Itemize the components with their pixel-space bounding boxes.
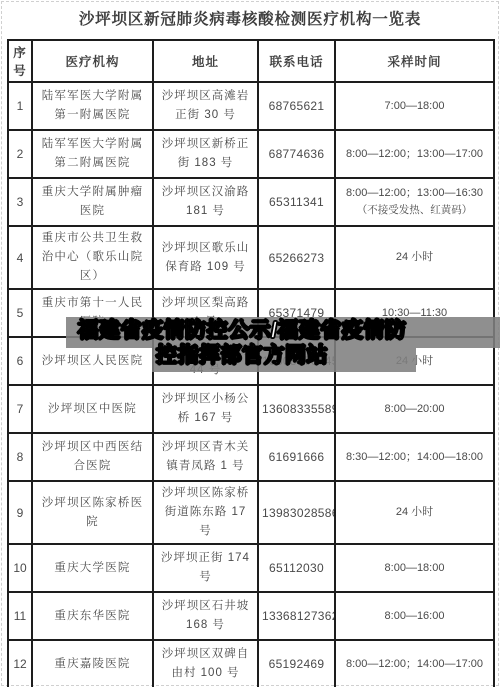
time-cell: 8:00—12:00；13:00—16:30（不接受发热、红黄码） <box>335 178 494 226</box>
page-title: 沙坪坝区新冠肺炎病毒核酸检测医疗机构一览表 <box>0 7 500 29</box>
sampling-time: 24 小时 <box>339 249 490 266</box>
time-cell: 8:00—20:00 <box>335 385 494 433</box>
sampling-time: 8:00—12:00；13:00—16:30 <box>339 185 490 202</box>
address-cell: 沙坪坝区高滩岩正街 30 号 <box>153 82 258 130</box>
address-cell: 沙坪坝区新桥正街 183 号 <box>153 130 258 178</box>
row-number-cell: 11 <box>8 592 32 640</box>
phone-cell: 13368127362 <box>258 592 335 640</box>
org-cell: 沙坪坝区中西医结合医院 <box>32 433 153 481</box>
table-row: 10重庆大学医院沙坪坝正街 174 号651120308:00—18:00 <box>8 544 494 592</box>
time-cell: 7:00—18:00 <box>335 82 494 130</box>
table-row: 11重庆东华医院沙坪坝区石井坡 168 号133681273628:00—16:… <box>8 592 494 640</box>
row-number-cell: 7 <box>8 385 32 433</box>
phone-cell: 13608335589 <box>258 385 335 433</box>
sampling-time: 8:00—12:00；14:00—17:00 <box>339 656 490 673</box>
phone-cell: 65112030 <box>258 544 335 592</box>
row-number-cell: 3 <box>8 178 32 226</box>
table-row: 2陆军军医大学附属第二附属医院沙坪坝区新桥正街 183 号687746368:0… <box>8 130 494 178</box>
time-cell: 8:00—12:00；13:00—17:00 <box>335 130 494 178</box>
col-header-index: 序号 <box>8 40 32 82</box>
sampling-time: 8:00—18:00 <box>339 560 490 577</box>
address-cell: 沙坪坝正街 174 号 <box>153 544 258 592</box>
row-number-cell: 2 <box>8 130 32 178</box>
table-row: 12重庆嘉陵医院沙坪坝区双碑自由村 100 号651924698:00—12:0… <box>8 640 494 687</box>
sampling-time-note: （不接受发热、红黄码） <box>339 202 490 219</box>
sampling-time: 7:00—18:00 <box>339 98 490 115</box>
table-row: 7沙坪坝区中医院沙坪坝区小杨公桥 167 号136083355898:00—20… <box>8 385 494 433</box>
address-cell: 沙坪坝区小杨公桥 167 号 <box>153 385 258 433</box>
time-cell: 24 小时 <box>335 481 494 544</box>
col-header-time: 采样时间 <box>335 40 494 82</box>
time-cell: 8:00—18:00 <box>335 544 494 592</box>
col-header-org: 医疗机构 <box>32 40 153 82</box>
address-cell: 沙坪坝区青木关镇青凤路 1 号 <box>153 433 258 481</box>
table-header: 序号 医疗机构 地址 联系电话 采样时间 <box>8 40 494 82</box>
address-cell: 沙坪坝区歌乐山保育路 109 号 <box>153 226 258 289</box>
row-number-cell: 10 <box>8 544 32 592</box>
org-cell: 陆军军医大学附属第一附属医院 <box>32 82 153 130</box>
phone-cell: 68774636 <box>258 130 335 178</box>
org-cell: 重庆大学医院 <box>32 544 153 592</box>
watermark-text: 福建省疫情防控公示/福建省疫情防 控指挥部官方网站 <box>0 318 484 368</box>
row-number-cell: 8 <box>8 433 32 481</box>
phone-cell: 65311341 <box>258 178 335 226</box>
time-cell: 8:00—16:00 <box>335 592 494 640</box>
org-cell: 陆军军医大学附属第二附属医院 <box>32 130 153 178</box>
address-cell: 沙坪坝区陈家桥街道陈东路 17 号 <box>153 481 258 544</box>
phone-cell: 13983028586 <box>258 481 335 544</box>
org-cell: 沙坪坝区陈家桥医院 <box>32 481 153 544</box>
time-cell: 8:30—12:00；14:00—18:00 <box>335 433 494 481</box>
sampling-time: 8:00—16:00 <box>339 608 490 625</box>
org-cell: 沙坪坝区中医院 <box>32 385 153 433</box>
phone-cell: 65192469 <box>258 640 335 687</box>
sampling-time: 8:00—12:00；13:00—17:00 <box>339 146 490 163</box>
watermark-line-1: 福建省疫情防控公示/福建省疫情防 <box>0 318 484 343</box>
time-cell: 8:00—12:00；14:00—17:00 <box>335 640 494 687</box>
org-cell: 重庆嘉陵医院 <box>32 640 153 687</box>
phone-cell: 61691666 <box>258 433 335 481</box>
watermark-line-2: 控指挥部官方网站 <box>0 343 484 368</box>
table-row: 3重庆大学附属肿瘤医院沙坪坝区汉渝路 181 号653113418:00—12:… <box>8 178 494 226</box>
table-row: 8沙坪坝区中西医结合医院沙坪坝区青木关镇青凤路 1 号616916668:30—… <box>8 433 494 481</box>
org-cell: 重庆东华医院 <box>32 592 153 640</box>
table-row: 1陆军军医大学附属第一附属医院沙坪坝区高滩岩正街 30 号687656217:0… <box>8 82 494 130</box>
table-body: 1陆军军医大学附属第一附属医院沙坪坝区高滩岩正街 30 号687656217:0… <box>8 82 494 687</box>
sampling-time: 24 小时 <box>339 504 490 521</box>
document-page: 沙坪坝区新冠肺炎病毒核酸检测医疗机构一览表 序号 医疗机构 地址 联系电话 采样… <box>0 0 500 687</box>
table-row: 4重庆市公共卫生救治中心（歌乐山院区）沙坪坝区歌乐山保育路 109 号65266… <box>8 226 494 289</box>
sampling-time: 8:00—20:00 <box>339 401 490 418</box>
org-cell: 重庆大学附属肿瘤医院 <box>32 178 153 226</box>
address-cell: 沙坪坝区石井坡 168 号 <box>153 592 258 640</box>
table-row: 9沙坪坝区陈家桥医院沙坪坝区陈家桥街道陈东路 17 号1398302858624… <box>8 481 494 544</box>
address-cell: 沙坪坝区汉渝路 181 号 <box>153 178 258 226</box>
row-number-cell: 1 <box>8 82 32 130</box>
row-number-cell: 9 <box>8 481 32 544</box>
org-cell: 重庆市公共卫生救治中心（歌乐山院区） <box>32 226 153 289</box>
col-header-phone: 联系电话 <box>258 40 335 82</box>
col-header-address: 地址 <box>153 40 258 82</box>
address-cell: 沙坪坝区双碑自由村 100 号 <box>153 640 258 687</box>
sampling-time: 8:30—12:00；14:00—18:00 <box>339 449 490 466</box>
phone-cell: 65266273 <box>258 226 335 289</box>
phone-cell: 68765621 <box>258 82 335 130</box>
time-cell: 24 小时 <box>335 226 494 289</box>
row-number-cell: 12 <box>8 640 32 687</box>
header-row: 序号 医疗机构 地址 联系电话 采样时间 <box>8 40 494 82</box>
row-number-cell: 4 <box>8 226 32 289</box>
